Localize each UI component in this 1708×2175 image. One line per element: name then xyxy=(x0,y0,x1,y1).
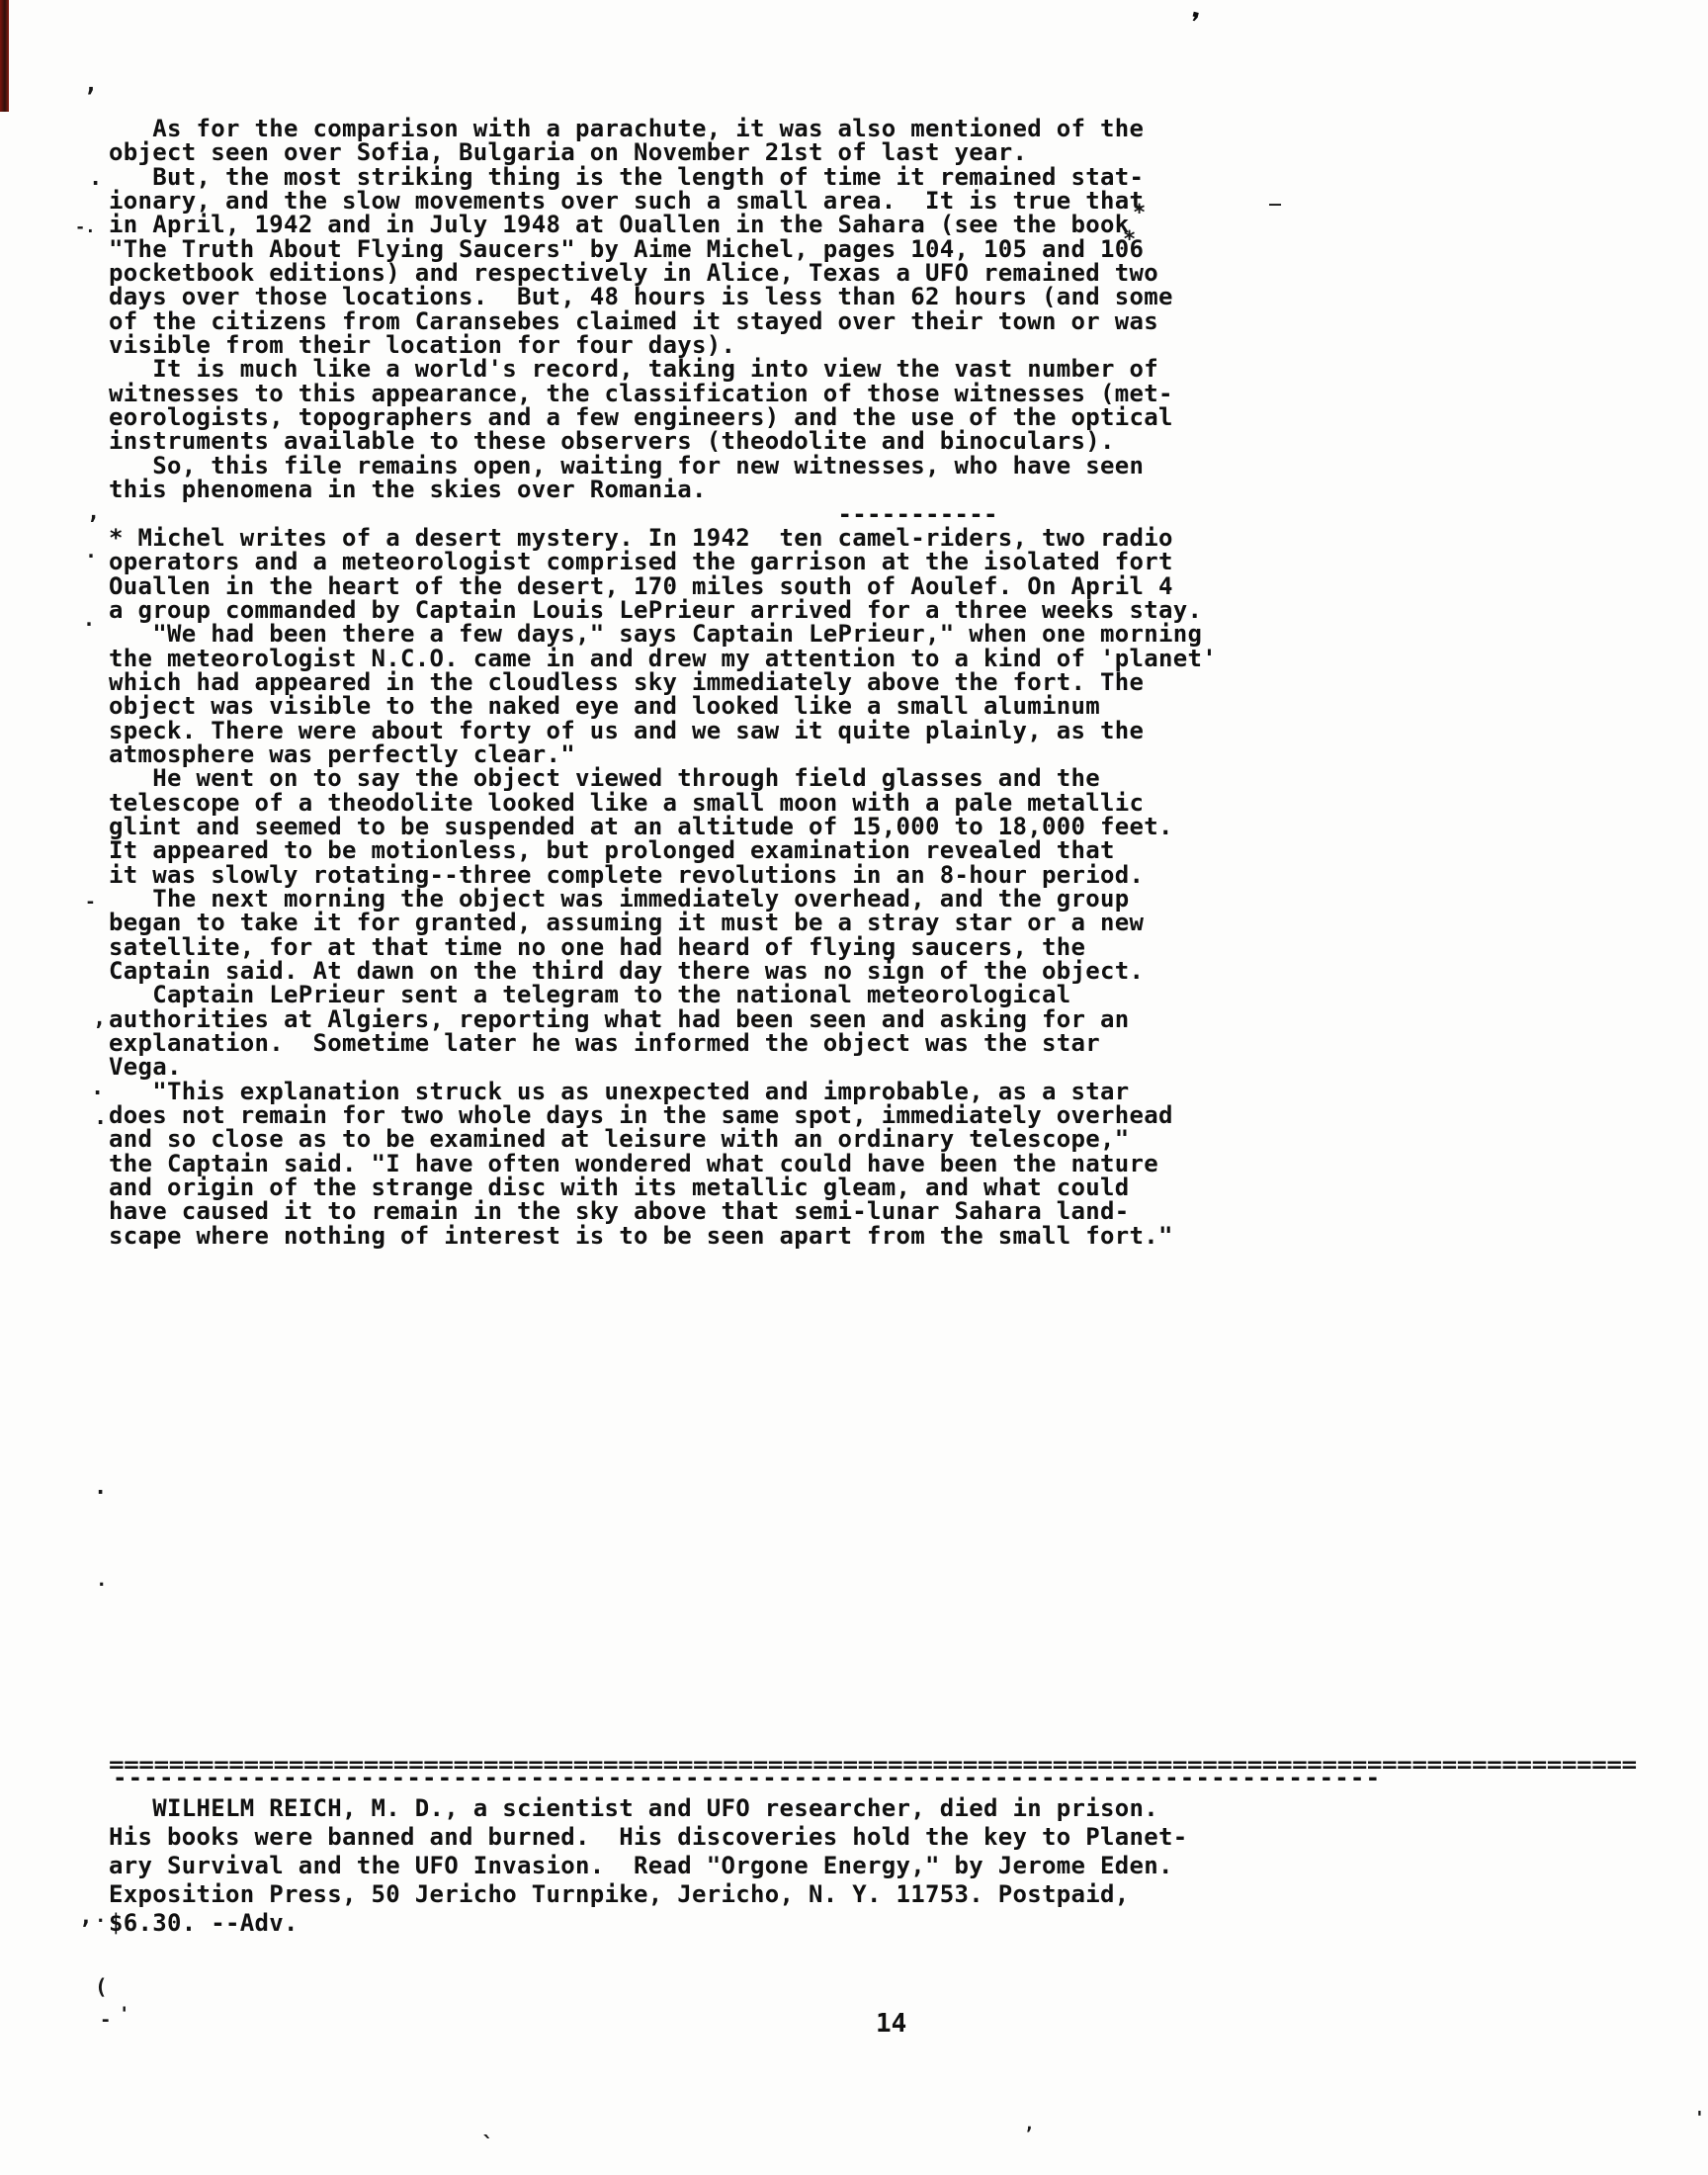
stray-mark: . xyxy=(94,1105,107,1130)
stray-mark: - xyxy=(100,2009,111,2031)
stray-mark: -. xyxy=(75,217,95,237)
stray-mark: , xyxy=(1024,2114,1035,2134)
stray-mark: . xyxy=(91,1076,104,1100)
stray-mark: ' xyxy=(119,2003,129,2025)
stray-mark: ' xyxy=(1694,2108,1705,2129)
scan-corner-mark: ❜ xyxy=(1177,4,1208,48)
stray-mark: . xyxy=(89,166,102,191)
page-number: 14 xyxy=(876,2011,906,2037)
stray-mark: , xyxy=(79,1904,93,1930)
stray-mark: ʼ xyxy=(83,83,97,111)
stray-mark: ( xyxy=(95,1975,108,1999)
stray-mark: _ xyxy=(1269,182,1281,206)
scan-edge-artifact xyxy=(0,0,9,112)
stray-mark: * xyxy=(1133,201,1146,225)
stray-mark: · xyxy=(95,1910,106,1932)
stray-mark: - xyxy=(85,892,96,913)
section-separator-line-2: ----------------------------------------… xyxy=(113,1766,1381,1789)
stray-mark: ` xyxy=(481,2133,494,2158)
body-text: As for the comparison with a parachute, … xyxy=(109,117,1217,1248)
document-page: ❜ As for the comparison with a parachute… xyxy=(0,0,1708,2175)
stray-mark: · xyxy=(96,1574,107,1596)
advertisement-text: WILHELM REICH, M. D., a scientist and UF… xyxy=(109,1794,1187,1938)
stray-mark: , xyxy=(87,500,100,525)
stray-mark: , xyxy=(93,1006,106,1031)
stray-mark: . xyxy=(83,607,95,631)
stray-mark: . xyxy=(85,539,97,563)
stray-mark: * xyxy=(1123,227,1136,252)
stray-mark: · xyxy=(94,1481,107,1506)
